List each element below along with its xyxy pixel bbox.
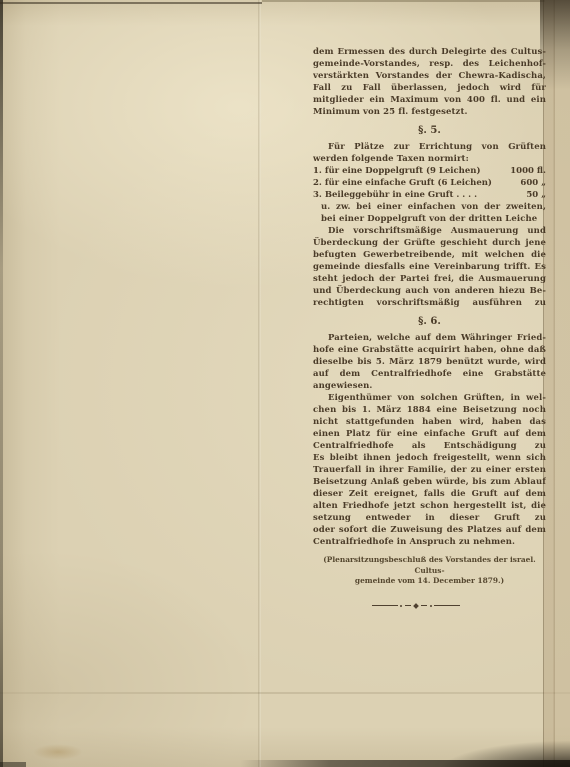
owners-paragraph: Eigenthümer von solchen Grüften, in wel-…	[313, 392, 546, 548]
text-line: Trauerfall in ihrer Familie, der zu eine…	[313, 464, 546, 476]
text-line: befugten Gewerbetreibende, mit welchen d…	[313, 249, 546, 261]
text-line: auf dem Centralfriedhofe eine Grabstätte…	[313, 368, 546, 380]
tariff-item-price: 1000 fl.	[510, 165, 546, 177]
text-line: gemeinde-Vorstandes, resp. des Leichenho…	[313, 58, 546, 70]
tariff-note-line: bei einer Doppelgruft von der dritten Le…	[313, 213, 546, 225]
tariff-item-label: 2. für eine einfache Gruft (6 Leichen)	[313, 177, 492, 189]
tariff-list: 1. für eine Doppelgruft (9 Leichen) 1000…	[313, 165, 546, 225]
text-line: Parteien, welche auf dem Währinger Fried…	[313, 332, 546, 344]
scan-top-edge	[0, 2, 262, 4]
section-5-heading: §. 5.	[313, 124, 546, 138]
bottom-right-shadow	[440, 741, 570, 767]
tariff-item-label: 1. für eine Doppelgruft (9 Leichen)	[313, 165, 480, 177]
divider-rosette-ornament-icon	[413, 603, 419, 609]
divider-rule-right	[434, 605, 460, 606]
text-line: einen Platz für eine einfache Gruft auf …	[313, 428, 546, 440]
text-line: rechtigten vorschriftsmäßig ausführen zu…	[313, 297, 546, 309]
divider-dash	[421, 605, 427, 606]
tariff-item-price: 50 „	[526, 189, 546, 201]
tariff-item-price: 600 „	[520, 177, 546, 189]
text-line: Centralfriedhofe als Entschädigung zu ve…	[313, 440, 546, 452]
text-line: oder sofort die Zuweisung des Platzes au…	[313, 524, 546, 536]
divider-dot	[400, 605, 402, 607]
booklet-fore-edge	[543, 0, 570, 767]
intro-paragraph: dem Ermessen des durch Delegirte des Cul…	[313, 46, 546, 118]
footnote-line: gemeinde vom 14. December 1879.)	[313, 576, 546, 587]
text-line: nicht stattgefunden haben wird, haben da…	[313, 416, 546, 428]
text-line: Centralfriedhofe in Anspruch zu nehmen.	[313, 536, 546, 548]
tariff-note-line: u. zw. bei einer einfachen von der zweit…	[313, 201, 546, 213]
text-line: alten Friedhofe jetzt schon hergestellt …	[313, 500, 546, 512]
footnote-line: (Plenarsitzungsbeschluß des Vorstandes d…	[313, 555, 546, 576]
text-line: Beisetzung Anlaß geben würde, bis zum Ab…	[313, 476, 546, 488]
waehringer-paragraph: Parteien, welche auf dem Währinger Fried…	[313, 332, 546, 392]
bottom-left-shadow	[0, 762, 26, 767]
text-line: chen bis 1. März 1884 eine Beisetzung no…	[313, 404, 546, 416]
text-line: Die vorschriftsmäßige Ausmauerung und	[313, 225, 546, 237]
text-line: hofe eine Grabstätte acquirirt haben, oh…	[313, 344, 546, 356]
text-line: Es bleibt ihnen jedoch freigestellt, wen…	[313, 452, 546, 464]
paper-stain	[33, 744, 83, 760]
text-column: dem Ermessen des durch Delegirte des Cul…	[313, 46, 546, 608]
horizontal-fold-crease	[0, 692, 570, 694]
tariff-item-label: 3. Beileggebühr in eine Gruft . . . .	[313, 189, 477, 201]
text-line: Überdeckung der Grüfte geschieht durch j…	[313, 237, 546, 249]
masonry-paragraph: Die vorschriftsmäßige Ausmauerung und Üb…	[313, 225, 546, 309]
text-line: setzung entweder in dieser Gruft zu vera…	[313, 512, 546, 524]
section-6-heading: §. 6.	[313, 315, 546, 329]
tariff-item: 1. für eine Doppelgruft (9 Leichen) 1000…	[313, 165, 546, 177]
vertical-fold-crease	[258, 0, 261, 767]
footnote: (Plenarsitzungsbeschluß des Vorstandes d…	[313, 555, 546, 587]
text-line: dieser Zeit ereignet, falls die Gruft au…	[313, 488, 546, 500]
scan-left-edge	[0, 0, 3, 767]
tariff-item: 2. für eine einfache Gruft (6 Leichen) 6…	[313, 177, 546, 189]
divider-dot	[430, 605, 432, 607]
divider-dash	[405, 605, 411, 606]
section-5-intro-paragraph: Für Plätze zur Errichtung von Grüften we…	[313, 141, 546, 165]
text-line: steht jedoch der Partei frei, die Ausmau…	[313, 273, 546, 285]
end-divider	[346, 604, 486, 608]
text-line: Fall zu Fall überlassen, jedoch wird für…	[313, 82, 546, 94]
text-line: dieselbe bis 5. März 1879 benützt wurde,…	[313, 356, 546, 368]
scanned-document-page: dem Ermessen des durch Delegirte des Cul…	[0, 0, 570, 767]
text-line: werden folgende Taxen normirt:	[313, 153, 546, 165]
text-line: Eigenthümer von solchen Grüften, in wel-	[313, 392, 546, 404]
divider-rule-left	[372, 605, 398, 606]
text-line: dem Ermessen des durch Delegirte des Cul…	[313, 46, 546, 58]
text-line: angewiesen.	[313, 380, 546, 392]
text-line: verstärkten Vorstandes der Chewra-Kadisc…	[313, 70, 546, 82]
tariff-item: 3. Beileggebühr in eine Gruft . . . . 50…	[313, 189, 546, 201]
text-line: und Überdeckung auch von anderen hiezu B…	[313, 285, 546, 297]
text-line: Für Plätze zur Errichtung von Grüften	[313, 141, 546, 153]
text-line: mitglieder ein Maximum von 400 fl. und e…	[313, 94, 546, 106]
text-line: gemeinde diesfalls eine Vereinbarung tri…	[313, 261, 546, 273]
scan-top-edge-right	[262, 0, 545, 2]
text-line: Minimum von 25 fl. festgesetzt.	[313, 106, 546, 118]
